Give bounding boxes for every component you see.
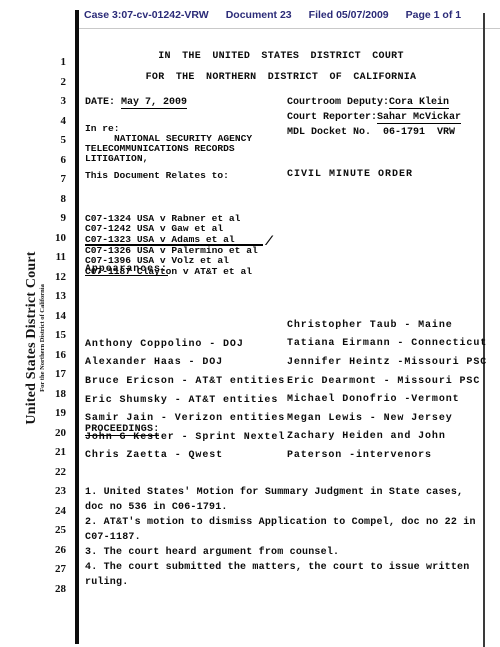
caption-divider-rule — [79, 28, 500, 29]
pleading-left-rule — [75, 10, 79, 644]
proceedings-line: 3. The court heard argument from counsel… — [85, 545, 476, 560]
line-number: 28 — [0, 580, 71, 600]
line-number: 27 — [0, 560, 71, 580]
courtroom-deputy-name: Cora Klein — [389, 97, 449, 109]
line-number: 6 — [0, 151, 71, 171]
line-number: 12 — [0, 268, 71, 288]
proceedings-heading-text: PROCEEDINGS: — [85, 424, 159, 436]
appearance-entry: Christopher Taub - Maine — [287, 317, 487, 336]
appearance-entry: Alexander Haas - DOJ — [85, 354, 285, 373]
date-value: May 7, 2009 — [121, 97, 187, 109]
line-number: 23 — [0, 482, 71, 502]
courtroom-deputy-label: Courtroom Deputy: — [287, 97, 389, 108]
line-number: 13 — [0, 287, 71, 307]
mdl-docket-number: MDL Docket No. 06-1791 VRW — [287, 127, 455, 138]
line-number: 9 — [0, 209, 71, 229]
appearance-entry: Tatiana Eirmann - Connecticut — [287, 335, 487, 354]
line-number: 10 — [0, 229, 71, 249]
appearance-entry: Eric Shumsky - AT&T entities — [85, 392, 285, 411]
line-number: 19 — [0, 404, 71, 424]
court-title-line2: FOR THE NORTHERN DISTRICT OF CALIFORNIA — [85, 72, 477, 83]
pacer-caption: Case 3:07-cv-01242-VRW Document 23 Filed… — [84, 9, 461, 21]
line-number: 17 — [0, 365, 71, 385]
line-number: 24 — [0, 502, 71, 522]
caption-separator-slash: / — [265, 234, 273, 249]
caption-document-number: Document 23 — [226, 9, 292, 21]
court-reporter-name: Sahar McVickar — [377, 112, 461, 124]
line-number: 20 — [0, 424, 71, 444]
caption-separator-line — [85, 232, 263, 246]
proceedings-line: ruling. — [85, 575, 476, 590]
date-row: DATE: May 7, 2009 — [85, 97, 187, 108]
proceedings-line: doc no 536 in C06-1791. — [85, 500, 476, 515]
appearance-entry: Bruce Ericson - AT&T entities — [85, 373, 285, 392]
appearances-heading-text: Appearances: — [85, 264, 168, 276]
case-name-line-3: LITIGATION, — [85, 154, 148, 165]
court-reporter-row: Court Reporter:Sahar McVickar — [287, 112, 461, 123]
proceedings-line: 1. United States' Motion for Summary Jud… — [85, 485, 476, 500]
court-document-page: Case 3:07-cv-01242-VRW Document 23 Filed… — [0, 0, 500, 647]
line-number: 3 — [0, 92, 71, 112]
proceedings-line: 2. AT&T's motion to dismiss Application … — [85, 515, 476, 530]
proceedings-heading: PROCEEDINGS: — [85, 422, 159, 437]
date-label: DATE: — [85, 97, 121, 108]
caption-case-number: Case 3:07-cv-01242-VRW — [84, 9, 209, 21]
line-number: 26 — [0, 541, 71, 561]
appearance-entry: Michael Donofrio -Vermont — [287, 391, 487, 410]
line-number: 15 — [0, 326, 71, 346]
relates-to-label: This Document Relates to: — [85, 171, 229, 182]
caption-filed-date: Filed 05/07/2009 — [309, 9, 389, 21]
line-number: 22 — [0, 463, 71, 483]
proceedings-line: C07-1187. — [85, 530, 476, 545]
line-number: 11 — [0, 248, 71, 268]
appearance-entry: Megan Lewis - New Jersey — [287, 410, 487, 429]
appearance-entry: Anthony Coppolino - DOJ — [85, 336, 285, 355]
appearances-left-column: Anthony Coppolino - DOJAlexander Haas - … — [85, 280, 285, 466]
line-number: 1 — [0, 53, 71, 73]
line-number: 16 — [0, 346, 71, 366]
proceedings-line: 4. The court submitted the matters, the … — [85, 560, 476, 575]
line-number: 4 — [0, 112, 71, 132]
caption-page-count: Page 1 of 1 — [406, 9, 461, 21]
proceedings-text: 1. United States' Motion for Summary Jud… — [85, 440, 476, 590]
court-reporter-label: Court Reporter: — [287, 112, 377, 123]
appearances-right-column: Christopher Taub - MaineTatiana Eirmann … — [287, 261, 487, 466]
line-number: 14 — [0, 307, 71, 327]
line-number: 5 — [0, 131, 71, 151]
court-title-line1: IN THE UNITED STATES DISTRICT COURT — [85, 51, 477, 62]
courtroom-deputy-row: Courtroom Deputy:Cora Klein — [287, 97, 449, 108]
line-number: 25 — [0, 521, 71, 541]
line-number: 18 — [0, 385, 71, 405]
line-number: 7 — [0, 170, 71, 190]
appearance-entry: Eric Dearmont - Missouri PSC — [287, 373, 487, 392]
line-number: 21 — [0, 443, 71, 463]
appearance-entry: Jennifer Heintz -Missouri PSC — [287, 354, 487, 373]
line-number: 2 — [0, 73, 71, 93]
line-number: 8 — [0, 190, 71, 210]
order-type-title: CIVIL MINUTE ORDER — [287, 169, 413, 180]
appearances-heading: Appearances: — [85, 261, 168, 280]
pleading-line-numbers: 1234567891011121314151617181920212223242… — [0, 53, 71, 599]
